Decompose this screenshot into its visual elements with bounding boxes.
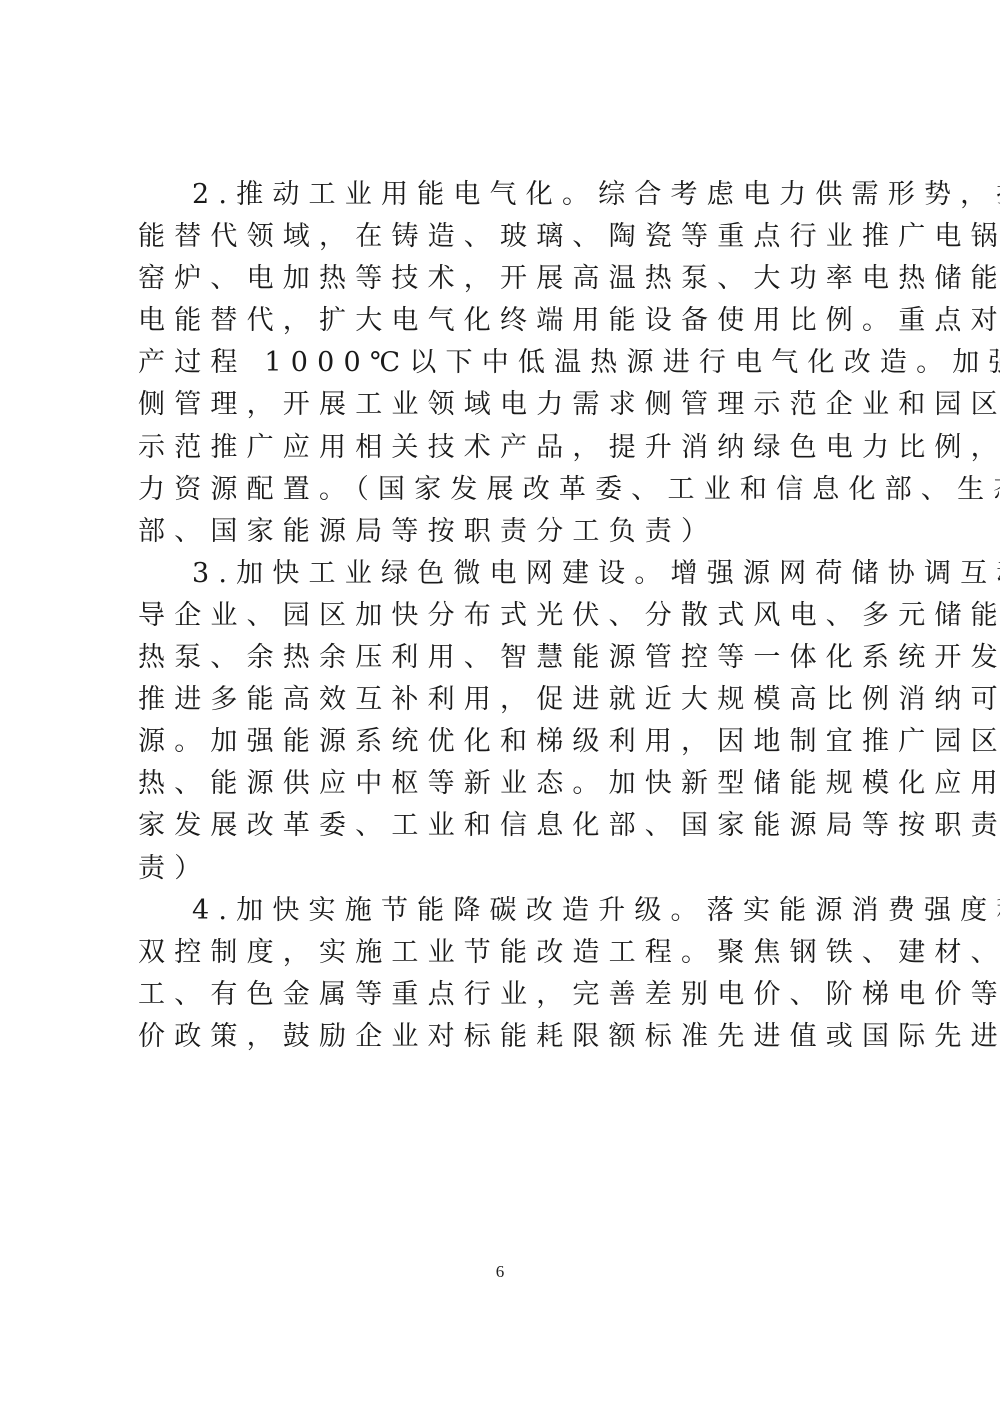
text-line: 示范推广应用相关技术产品，提升消纳绿色电力比例，优化电 xyxy=(138,427,868,469)
text-line: 价政策，鼓励企业对标能耗限额标准先进值或国际先进水平， xyxy=(138,1016,868,1058)
text-line: 双控制度，实施工业节能改造工程。聚焦钢铁、建材、石化化 xyxy=(138,932,868,974)
text-line: 力资源配置。（国家发展改革委、工业和信息化部、生态环境 xyxy=(138,469,868,511)
document-page: 2.推动工业用能电气化。综合考虑电力供需形势，拓宽电 能替代领域，在铸造、玻璃、… xyxy=(0,0,1000,1414)
text-line: 工、有色金属等重点行业，完善差别电价、阶梯电价等绿色电 xyxy=(138,974,868,1016)
text-line: 源。加强能源系统优化和梯级利用，因地制宜推广园区集中供 xyxy=(138,721,868,763)
page-number: 6 xyxy=(0,1262,1000,1282)
paragraph-heading-line: 4.加快实施节能降碳改造升级。落实能源消费强度和总量 xyxy=(138,890,868,932)
paragraph-item-3: 3.加快工业绿色微电网建设。增强源网荷储协调互动，引 导企业、园区加快分布式光伏… xyxy=(138,553,868,890)
text-line: 电能替代，扩大电气化终端用能设备使用比例。重点对工业生 xyxy=(138,300,868,342)
paragraph-item-2: 2.推动工业用能电气化。综合考虑电力供需形势，拓宽电 能替代领域，在铸造、玻璃、… xyxy=(138,174,868,553)
text-line: 责） xyxy=(138,848,868,890)
paragraph-heading-line: 3.加快工业绿色微电网建设。增强源网荷储协调互动，引 xyxy=(138,553,868,595)
text-line: 推进多能高效互补利用，促进就近大规模高比例消纳可再生能 xyxy=(138,679,868,721)
text-line: 侧管理，开展工业领域电力需求侧管理示范企业和园区创建， xyxy=(138,384,868,426)
paragraph-heading-line: 2.推动工业用能电气化。综合考虑电力供需形势，拓宽电 xyxy=(138,174,868,216)
document-body: 2.推动工业用能电气化。综合考虑电力供需形势，拓宽电 能替代领域，在铸造、玻璃、… xyxy=(138,174,868,1058)
text-line: 家发展改革委、工业和信息化部、国家能源局等按职责分工负 xyxy=(138,805,868,847)
text-line: 窑炉、电加热等技术，开展高温热泵、大功率电热储能锅炉等 xyxy=(138,258,868,300)
text-line: 热、能源供应中枢等新业态。加快新型储能规模化应用。（国 xyxy=(138,763,868,805)
text-line: 热泵、余热余压利用、智慧能源管控等一体化系统开发运行， xyxy=(138,637,868,679)
text-line: 部、国家能源局等按职责分工负责） xyxy=(138,511,868,553)
text-line: 产过程 1000℃以下中低温热源进行电气化改造。加强电力需求 xyxy=(138,342,868,384)
text-line: 导企业、园区加快分布式光伏、分散式风电、多元储能、高效 xyxy=(138,595,868,637)
paragraph-item-4: 4.加快实施节能降碳改造升级。落实能源消费强度和总量 双控制度，实施工业节能改造… xyxy=(138,890,868,1058)
text-line: 能替代领域，在铸造、玻璃、陶瓷等重点行业推广电锅炉、电 xyxy=(138,216,868,258)
